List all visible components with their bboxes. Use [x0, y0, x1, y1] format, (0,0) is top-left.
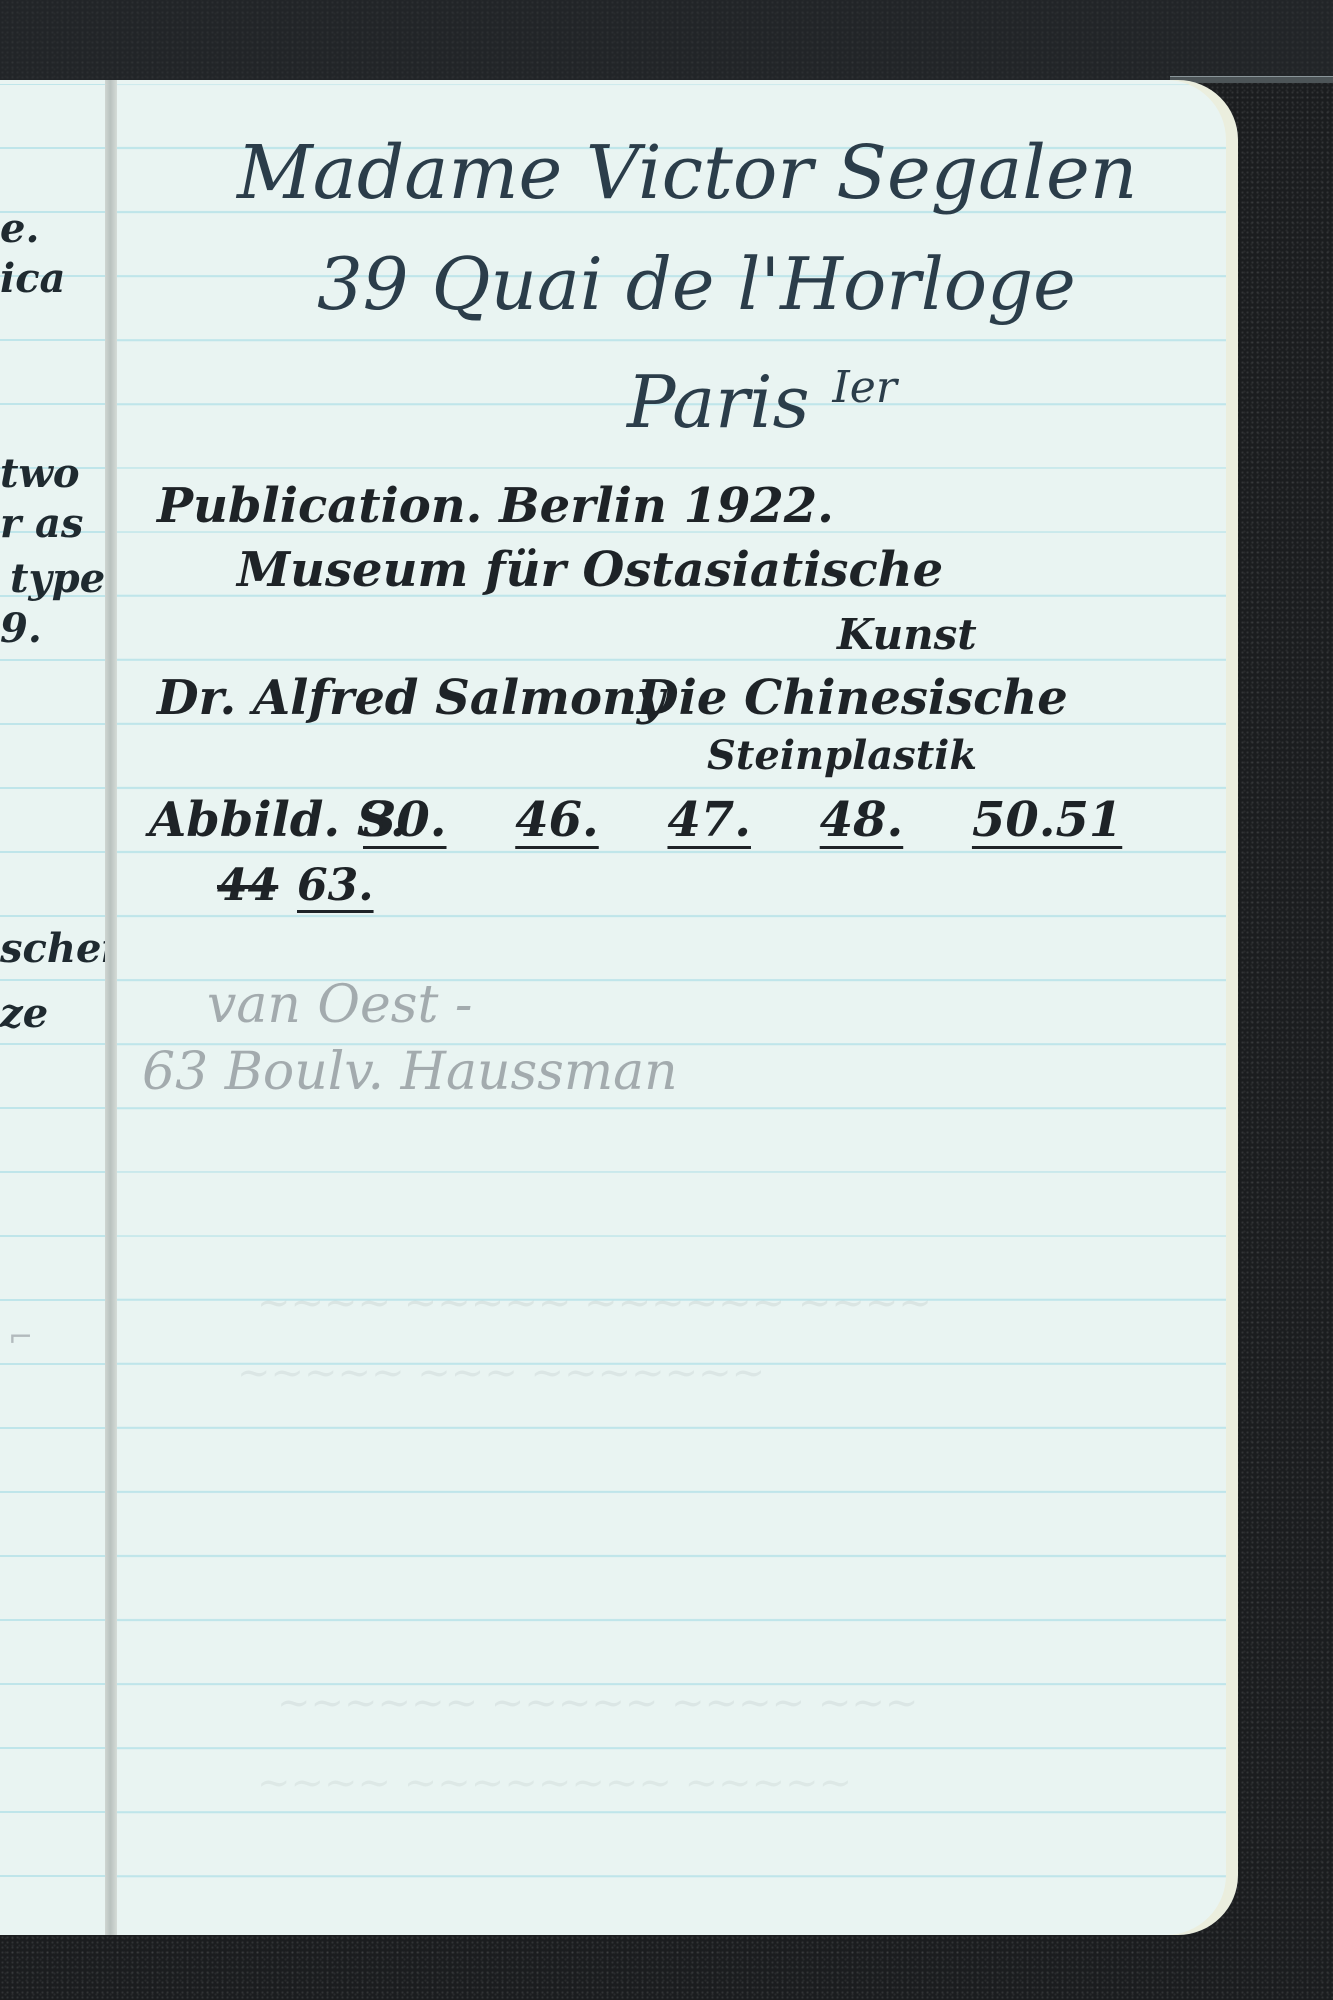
arrondissement: Ier — [832, 362, 896, 413]
left-fragment: type — [10, 555, 105, 602]
book-title-part2: Steinplastik — [707, 732, 977, 779]
book-title-part1: Die Chinesische — [637, 670, 1068, 726]
show-through-text: ~~~~ ~~~~~~~~ ~~~~~ — [257, 1760, 852, 1806]
address-street: 39 Quai de l'Horloge — [317, 242, 1076, 326]
museum-line: Museum für Ostasiatische — [237, 542, 943, 598]
address-city: Paris Ier — [627, 360, 897, 444]
pencil-note-line2: 63 Boulv. Haussman — [142, 1042, 678, 1102]
show-through-text: ~~~~~ ~~~ ~~~~~~~ — [237, 1350, 765, 1396]
city: Paris — [627, 360, 810, 444]
illustration-number-63: 63. — [297, 860, 374, 911]
illustration-number: 47. — [667, 792, 751, 848]
address-name: Madame Victor Segalen — [237, 130, 1137, 216]
publication-line: Publication. Berlin 1922. — [157, 478, 834, 534]
left-fragment: r as — [0, 500, 83, 547]
right-page: Madame Victor Segalen 39 Quai de l'Horlo… — [117, 80, 1238, 1935]
author: Dr. Alfred Salmony — [157, 670, 665, 726]
illustration-number: 50.51 — [972, 792, 1122, 848]
museum-continuation: Kunst — [837, 610, 977, 659]
illustration-numbers: 30. 46. 47. 48. 50.51 — [363, 792, 1174, 848]
left-fragment: ica — [0, 255, 65, 302]
left-fragment: ze — [0, 990, 48, 1037]
plastic-sleeve-top — [0, 0, 1333, 80]
left-fragment: two — [0, 450, 80, 497]
illustration-number: 46. — [515, 792, 599, 848]
left-fragment: 9. — [0, 605, 42, 652]
show-through-text: ~~~~~~ ~~~~~ ~~~~ ~~~ — [277, 1680, 918, 1726]
crossed-out-number: 44 — [217, 860, 278, 911]
left-page: e. ica two r as type 9. schei: ze ⌐ — [0, 80, 112, 1935]
pencil-note-line1: van Oest - — [207, 975, 472, 1035]
left-pencil-mark: ⌐ — [8, 1320, 33, 1355]
show-through-text: ~~~~ ~~~~~ ~~~~~~ ~~~~ — [257, 1280, 932, 1326]
illustration-number: 30. — [363, 792, 447, 848]
left-fragment: e. — [0, 205, 39, 252]
illustration-number: 48. — [820, 792, 904, 848]
notebook-gutter — [105, 80, 117, 1935]
